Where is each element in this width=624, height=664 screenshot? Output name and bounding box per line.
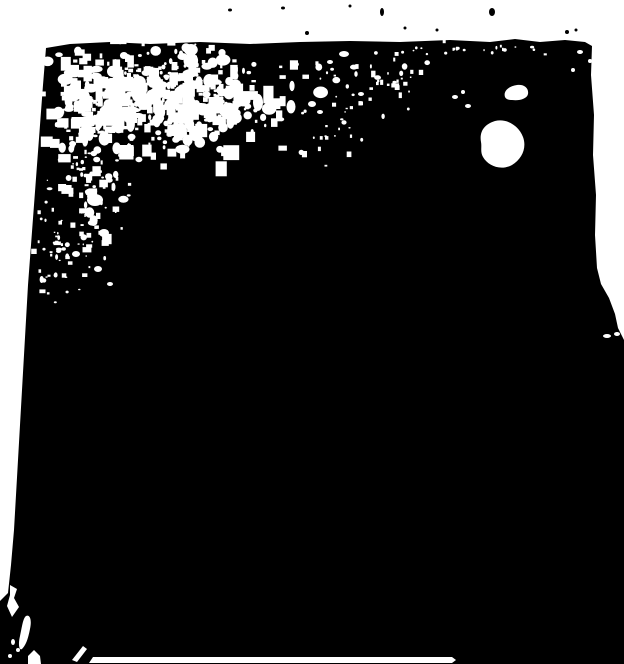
white-speck — [317, 110, 323, 114]
white-speck — [327, 60, 333, 64]
white-speck — [308, 101, 316, 107]
white-speck — [614, 332, 620, 336]
black-speck — [349, 5, 352, 8]
bottom-band — [89, 657, 456, 663]
white-speck — [99, 229, 109, 237]
white-speck — [588, 59, 592, 63]
black-speck — [404, 27, 407, 30]
photo-canvas — [0, 0, 624, 664]
black-speck — [575, 29, 578, 32]
white-speck — [465, 104, 471, 108]
white-speck — [603, 334, 611, 338]
black-speck — [586, 288, 590, 292]
white-speck — [461, 90, 465, 94]
white-speck — [339, 51, 349, 57]
white-speck — [452, 95, 458, 99]
binarized-photo — [0, 0, 624, 664]
white-speck — [87, 194, 103, 206]
white-speck — [11, 639, 15, 645]
white-speck — [16, 648, 20, 652]
black-speck — [228, 9, 232, 12]
black-speck — [436, 29, 439, 32]
white-speck — [8, 654, 12, 658]
white-speck — [72, 251, 80, 257]
black-speck — [582, 296, 585, 299]
white-speck — [358, 92, 364, 96]
black-speck — [380, 8, 384, 16]
black-speck — [565, 30, 569, 34]
black-speck — [305, 31, 309, 35]
black-speck — [281, 7, 285, 10]
white-speck — [107, 282, 113, 286]
white-speck — [94, 266, 102, 272]
white-speck — [577, 50, 583, 54]
black-speck — [489, 8, 495, 16]
white-speck — [571, 68, 575, 72]
